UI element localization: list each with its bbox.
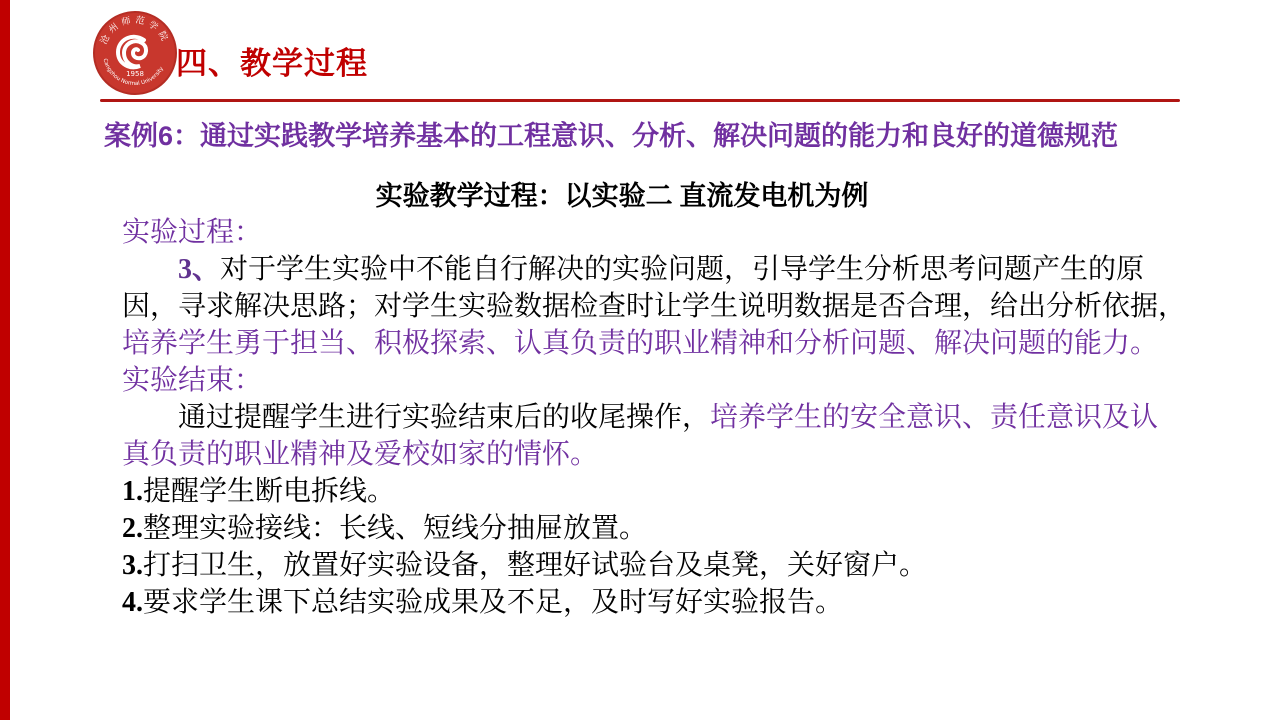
slide-body: 实验过程： 3、对于学生实验中不能自行解决的实验问题，引导学生分析思考问题产生的… <box>122 214 1186 621</box>
closing-steps-list: 1.提醒学生断电拆线。2.整理实验接线：长线、短线分抽屉放置。3.打扫卫生，放置… <box>122 473 1186 621</box>
list-item: 2.整理实验接线：长线、短线分抽屉放置。 <box>122 510 1186 547</box>
list-item-number: 3. <box>122 550 143 581</box>
text-run: 通过提醒学生进行实验结束后的收尾操作， <box>178 402 710 433</box>
slide-left-border <box>0 0 10 720</box>
section-label-process: 实验过程： <box>122 214 1186 251</box>
list-item-text: 打扫卫生，放置好实验设备，整理好试验台及桌凳，关好窗户。 <box>143 550 927 581</box>
process-paragraph: 3、对于学生实验中不能自行解决的实验问题，引导学生分析思考问题产生的原因，寻求解… <box>122 251 1186 362</box>
university-seal-icon: 沧州师范学院 1958 Cangzhou Normal University <box>92 10 178 96</box>
list-item-text: 整理实验接线：长线、短线分抽屉放置。 <box>143 513 647 544</box>
list-item-number: 4. <box>122 587 143 618</box>
slide-title: 四、教学过程 <box>176 38 368 83</box>
list-item-text: 提醒学生断电拆线。 <box>143 476 395 507</box>
section-label-end: 实验结束： <box>122 362 1186 399</box>
end-paragraph: 通过提醒学生进行实验结束后的收尾操作，培养学生的安全意识、责任意识及认真负责的职… <box>122 399 1186 473</box>
list-item: 1.提醒学生断电拆线。 <box>122 473 1186 510</box>
case-heading: 案例6：通过实践教学培养基本的工程意识、分析、解决问题的能力和良好的道德规范 <box>104 114 1194 153</box>
university-seal-logo: 沧州师范学院 1958 Cangzhou Normal University <box>92 10 178 96</box>
title-divider-rule <box>100 99 1180 102</box>
list-item: 3.打扫卫生，放置好实验设备，整理好试验台及桌凳，关好窗户。 <box>122 547 1186 584</box>
experiment-subtitle: 实验教学过程：以实验二 直流发电机为例 <box>122 174 1122 213</box>
svg-text:1958: 1958 <box>126 70 144 78</box>
text-run: 培养学生勇于担当、积极探索、认真负责的职业精神和分析问题、解决问题的能力。 <box>122 328 1158 359</box>
list-item-text: 要求学生课下总结实验成果及不足，及时写好实验报告。 <box>143 587 843 618</box>
text-run: 3、 <box>178 254 220 285</box>
list-item: 4.要求学生课下总结实验成果及不足，及时写好实验报告。 <box>122 584 1186 621</box>
list-item-number: 1. <box>122 476 143 507</box>
text-run: 对于学生实验中不能自行解决的实验问题，引导学生分析思考问题产生的原因，寻求解决思… <box>122 254 1186 322</box>
list-item-number: 2. <box>122 513 143 544</box>
